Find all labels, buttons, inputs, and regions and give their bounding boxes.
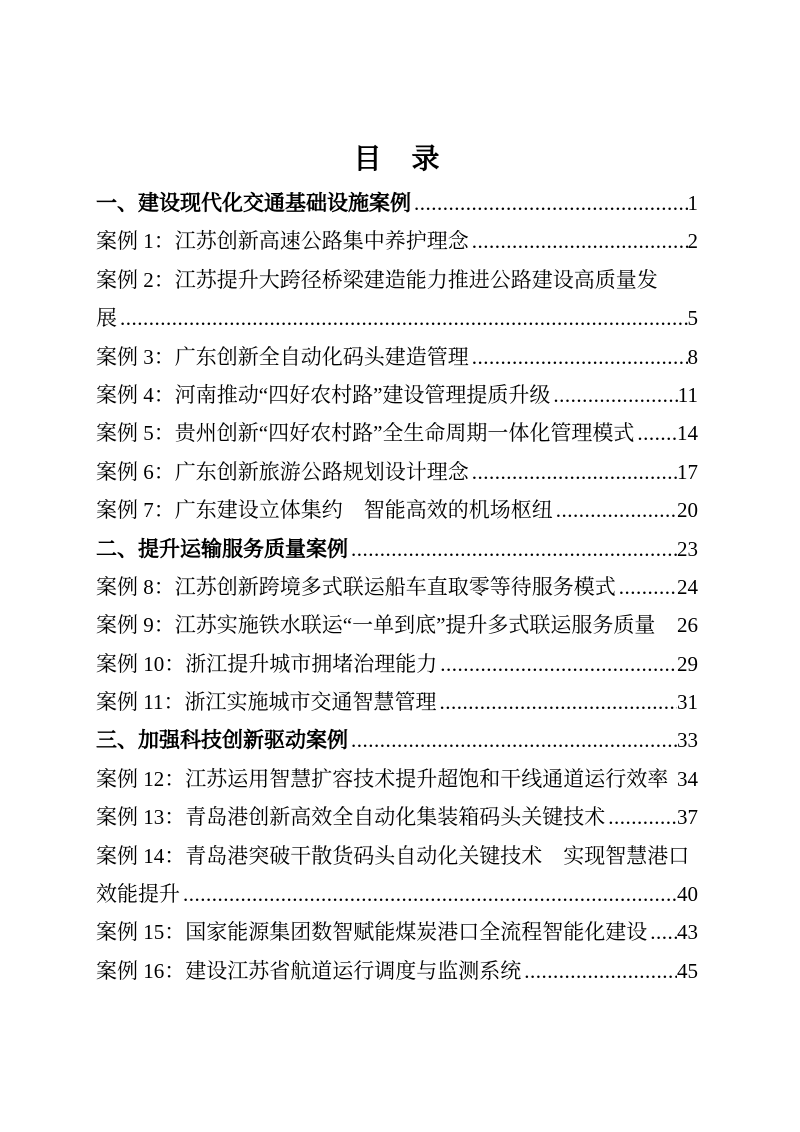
toc-page-number: 43 [677, 913, 698, 951]
dot-leader [469, 338, 688, 376]
page-title: 目 录 [96, 143, 698, 177]
toc-entry-text: 案例 15：国家能源集团数智赋能煤炭港口全流程智能化建设 [96, 913, 647, 951]
toc-entry-row[interactable]: 案例 3：广东创新全自动化码头建造管理 8 [96, 338, 698, 376]
dot-leader [437, 645, 677, 683]
toc-entry-row[interactable]: 案例 16：建设江苏省航道运行调度与监测系统 45 [96, 952, 698, 990]
toc-entry-text: 展 [96, 299, 117, 337]
toc-entry-row[interactable]: 案例 14：青岛港突破干散货码头自动化关键技术 实现智慧港口 [96, 837, 698, 875]
toc-entry-row[interactable]: 案例 10：浙江提升城市拥堵治理能力 29 [96, 645, 698, 683]
dot-leader [348, 721, 677, 759]
toc-entry-row[interactable]: 案例 8：江苏创新跨境多式联运船车直取零等待服务模式 24 [96, 568, 698, 606]
toc-entry-text: 案例 3：广东创新全自动化码头建造管理 [96, 338, 469, 376]
toc-entry-row[interactable]: 案例 2：江苏提升大跨径桥梁建造能力推进公路建设高质量发 [96, 261, 698, 299]
toc-page-number: 31 [677, 683, 698, 721]
toc-page-number: 11 [678, 376, 698, 414]
dot-leader [634, 414, 677, 452]
toc-page-number: 33 [677, 721, 698, 759]
toc-entry-continuation-row[interactable]: 展 5 [96, 299, 698, 337]
toc-page-number: 34 [677, 760, 698, 798]
toc-page-number: 2 [688, 222, 699, 260]
dot-leader [647, 913, 677, 951]
toc-entry-text: 案例 11：浙江实施城市交通智慧管理 [96, 683, 436, 721]
toc-entry-text: 案例 10：浙江提升城市拥堵治理能力 [96, 645, 437, 683]
toc-entry-row[interactable]: 案例 9：江苏实施铁水联运“一单到底”提升多式联运服务质量 26 [96, 606, 698, 644]
toc-entry-row[interactable]: 案例 5：贵州创新“四好农村路”全生命周期一体化管理模式 14 [96, 414, 698, 452]
dot-leader [436, 683, 677, 721]
toc-entry-text: 案例 2：江苏提升大跨径桥梁建造能力推进公路建设高质量发 [96, 261, 658, 299]
toc-entry-text: 案例 5：贵州创新“四好农村路”全生命周期一体化管理模式 [96, 414, 634, 452]
toc-entry-row[interactable]: 案例 1：江苏创新高速公路集中养护理念 2 [96, 222, 698, 260]
toc-entry-text: 案例 14：青岛港突破干散货码头自动化关键技术 实现智慧港口 [96, 837, 689, 875]
dot-leader [616, 568, 677, 606]
toc-entry-row[interactable]: 案例 11：浙江实施城市交通智慧管理 31 [96, 683, 698, 721]
toc-entry-text: 案例 1：江苏创新高速公路集中养护理念 [96, 222, 469, 260]
toc-section-row[interactable]: 一、建设现代化交通基础设施案例 1 [96, 184, 698, 222]
toc-entry-row[interactable]: 案例 4：河南推动“四好农村路”建设管理提质升级 11 [96, 376, 698, 414]
dot-leader [117, 299, 688, 337]
dot-leader [553, 491, 677, 529]
toc-page-number: 29 [677, 645, 698, 683]
toc-entry-text: 案例 6：广东创新旅游公路规划设计理念 [96, 453, 469, 491]
dot-leader [469, 222, 688, 260]
toc-page-number: 23 [677, 530, 698, 568]
toc-page-number: 14 [677, 414, 698, 452]
toc-entry-text: 效能提升 [96, 875, 180, 913]
toc-page-number: 5 [688, 299, 699, 337]
toc-entry-row[interactable]: 案例 7：广东建设立体集约 智能高效的机场枢纽 20 [96, 491, 698, 529]
toc-entry-text: 案例 16：建设江苏省航道运行调度与监测系统 [96, 952, 521, 990]
dot-leader [550, 376, 677, 414]
toc-page-number: 8 [688, 338, 699, 376]
toc-entry-text: 二、提升运输服务质量案例 [96, 530, 348, 568]
toc-page-number: 1 [688, 184, 699, 222]
toc-entry-continuation-row[interactable]: 效能提升 40 [96, 875, 698, 913]
toc-entry-text: 三、加强科技创新驱动案例 [96, 721, 348, 759]
dot-leader [469, 453, 677, 491]
toc-entry-row[interactable]: 案例 6：广东创新旅游公路规划设计理念 17 [96, 453, 698, 491]
toc-section-row[interactable]: 二、提升运输服务质量案例 23 [96, 530, 698, 568]
toc-page-number: 20 [677, 491, 698, 529]
dot-leader [521, 952, 677, 990]
document-page: 目 录 一、建设现代化交通基础设施案例 1 案例 1：江苏创新高速公路集中养护理… [0, 0, 800, 1132]
table-of-contents: 一、建设现代化交通基础设施案例 1 案例 1：江苏创新高速公路集中养护理念 2 … [96, 184, 698, 990]
toc-entry-text: 案例 12：江苏运用智慧扩容技术提升超饱和干线通道运行效率 [96, 760, 668, 798]
dot-leader [180, 875, 677, 913]
toc-page-number: 26 [677, 606, 698, 644]
dot-leader [605, 798, 677, 836]
toc-entry-text: 案例 8：江苏创新跨境多式联运船车直取零等待服务模式 [96, 568, 616, 606]
toc-entry-text: 案例 9：江苏实施铁水联运“一单到底”提升多式联运服务质量 [96, 606, 655, 644]
dot-leader [411, 184, 688, 222]
toc-entry-text: 一、建设现代化交通基础设施案例 [96, 184, 411, 222]
toc-page-number: 24 [677, 568, 698, 606]
dot-leader [348, 530, 677, 568]
toc-section-row[interactable]: 三、加强科技创新驱动案例 33 [96, 721, 698, 759]
toc-page-number: 17 [677, 453, 698, 491]
toc-entry-row[interactable]: 案例 12：江苏运用智慧扩容技术提升超饱和干线通道运行效率 34 [96, 760, 698, 798]
toc-entry-row[interactable]: 案例 15：国家能源集团数智赋能煤炭港口全流程智能化建设 43 [96, 913, 698, 951]
toc-page-number: 45 [677, 952, 698, 990]
toc-entry-text: 案例 13：青岛港创新高效全自动化集装箱码头关键技术 [96, 798, 605, 836]
toc-entry-text: 案例 4：河南推动“四好农村路”建设管理提质升级 [96, 376, 550, 414]
toc-page-number: 37 [677, 798, 698, 836]
toc-page-number: 40 [677, 875, 698, 913]
toc-entry-text: 案例 7：广东建设立体集约 智能高效的机场枢纽 [96, 491, 553, 529]
toc-entry-row[interactable]: 案例 13：青岛港创新高效全自动化集装箱码头关键技术 37 [96, 798, 698, 836]
